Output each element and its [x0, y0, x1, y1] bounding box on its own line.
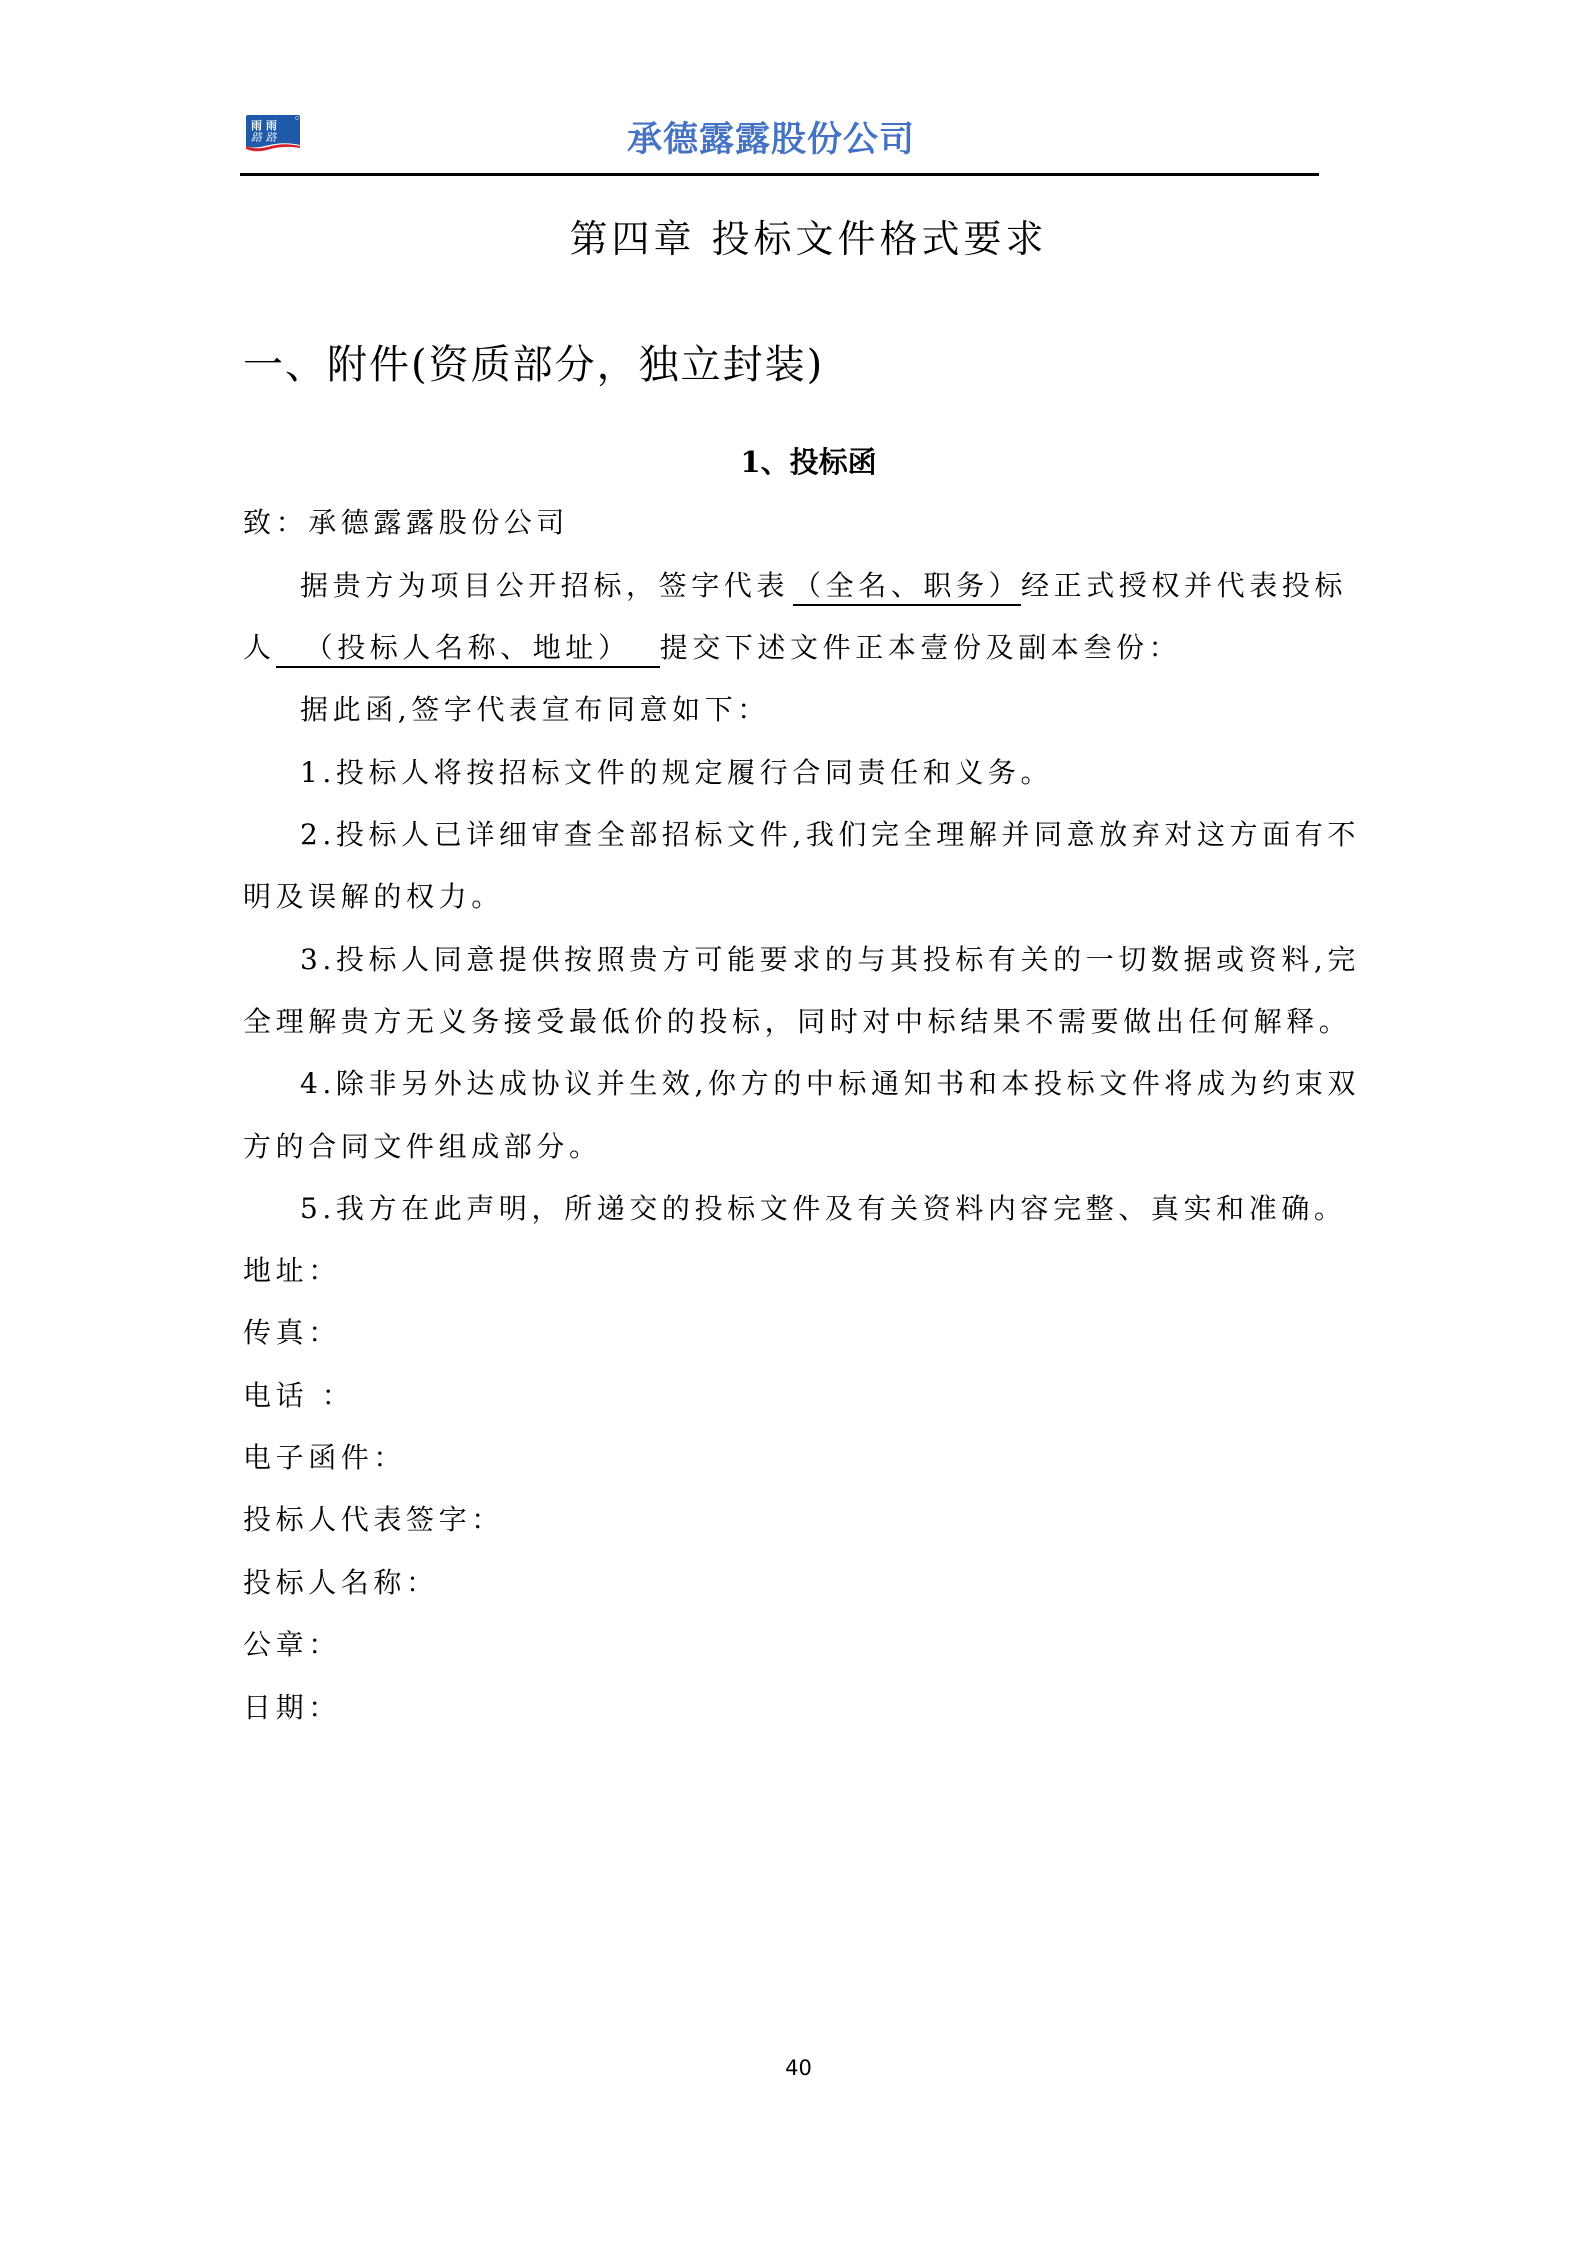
header-divider	[240, 173, 1319, 176]
list-item-1: 1.投标人将按招标文件的规定履行合同责任和义务。	[300, 753, 1053, 793]
list-item-3: 3.投标人同意提供按照贵方可能要求的与其投标有关的一切数据或资料,完	[300, 940, 1360, 980]
field-representative-signature: 投标人代表签字：	[243, 1500, 504, 1540]
declaration-intro: 据此函,签字代表宣布同意如下：	[300, 690, 770, 730]
list-item-2-cont: 明及误解的权力。	[243, 877, 504, 917]
intro-text: 人	[243, 631, 276, 664]
field-email: 电子函件：	[243, 1438, 406, 1478]
field-fax: 传真：	[243, 1313, 341, 1353]
intro-text: 经正式授权并代表投标	[1021, 569, 1347, 602]
company-logo: 雨 雨 路 路	[243, 115, 303, 153]
field-bidder-name: 投标人名称：	[243, 1563, 439, 1603]
list-item-4-cont: 方的合同文件组成部分。	[243, 1127, 602, 1167]
list-item-3-cont: 全理解贵方无义务接受最低价的投标，同时对中标结果不需要做出任何解释。	[243, 1002, 1351, 1042]
chapter-title: 第四章 投标文件格式要求	[0, 213, 1587, 265]
svg-text:雨 雨: 雨 雨	[251, 118, 277, 132]
logo-icon: 雨 雨 路 路	[243, 115, 303, 153]
section-title: 一、附件(资质部分，独立封装)	[243, 338, 824, 392]
recipient-line: 致：承德露露股份公司	[243, 503, 569, 543]
field-phone: 电话 ：	[243, 1376, 354, 1416]
list-item-2: 2.投标人已详细审查全部招标文件,我们完全理解并同意放弃对这方面有不	[300, 815, 1360, 855]
bidder-blank[interactable]: （投标人名称、地址）	[276, 630, 660, 668]
representative-blank[interactable]: （全名、职务）	[793, 568, 1021, 606]
company-name-header: 承德露露股份公司	[627, 118, 957, 162]
intro-text: 据贵方为项目公开招标，签字代表	[300, 569, 789, 602]
svg-text:路 路: 路 路	[251, 131, 277, 144]
intro-line-1: 据贵方为项目公开招标，签字代表（全名、职务）经正式授权并代表投标	[300, 566, 1347, 606]
field-official-seal: 公章：	[243, 1625, 341, 1665]
subsection-title: 1、投标函	[0, 442, 1587, 482]
page-number: 40	[0, 2056, 1587, 2080]
field-date: 日期：	[243, 1688, 341, 1728]
list-item-5: 5.我方在此声明，所递交的投标文件及有关资料内容完整、真实和准确。	[300, 1189, 1347, 1229]
field-address: 地址：	[243, 1251, 341, 1291]
list-item-4: 4.除非另外达成协议并生效,你方的中标通知书和本投标文件将成为约束双	[300, 1064, 1360, 1104]
intro-line-2: 人（投标人名称、地址）提交下述文件正本壹份及副本叁份：	[243, 628, 1181, 668]
intro-text: 提交下述文件正本壹份及副本叁份：	[660, 631, 1182, 664]
